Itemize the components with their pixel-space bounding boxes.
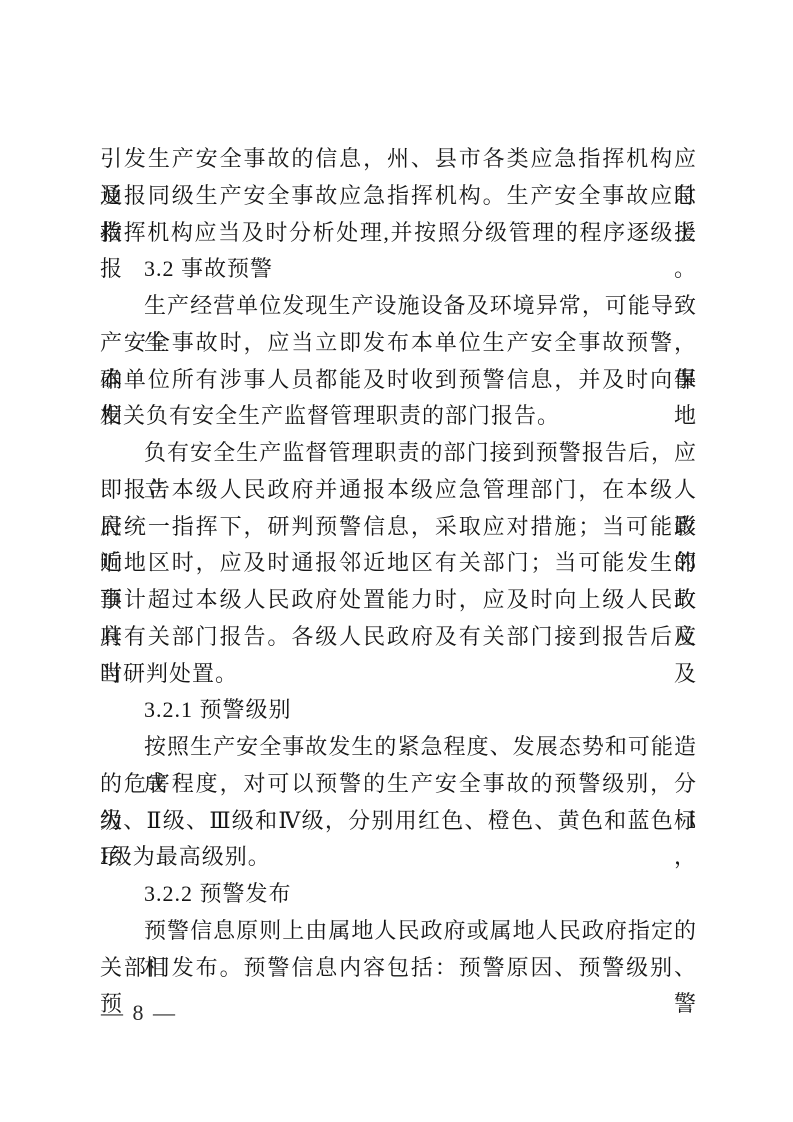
paragraph-line: 生产经营单位发现生产设施设备及环境异常，可能导致生 <box>100 288 697 325</box>
paragraph-line: 级、Ⅱ级、Ⅲ级和Ⅳ级，分别用红色、橙色、黄色和蓝色标示， <box>100 803 697 840</box>
section-heading: 3.2.2 预警发布 <box>100 876 697 913</box>
paragraph-line: 关部门发布。预警信息内容包括：预警原因、预警级别、预警 <box>100 950 697 987</box>
paragraph-line: 其有关部门报告。各级人民政府及有关部门接到报告后应当及 <box>100 619 697 656</box>
paragraph-line: 引发生产安全事故的信息，州、县市各类应急指挥机构应及时 <box>100 141 697 178</box>
paragraph-line: 按照生产安全事故发生的紧急程度、发展态势和可能造成 <box>100 729 697 766</box>
paragraph-line: 府统一指挥下，研判预警信息，采取应对措施；当可能影响邻 <box>100 509 697 546</box>
paragraph-line: 预警信息原则上由属地人民政府或属地人民政府指定的相 <box>100 913 697 950</box>
document-page: 引发生产安全事故的信息，州、县市各类应急指挥机构应及时通报同级生产安全事故应急指… <box>0 0 793 1122</box>
paragraph-line: 即报告本级人民政府并通报本级应急管理部门，在本级人民政 <box>100 472 697 509</box>
section-heading: 3.2.1 预警级别 <box>100 692 697 729</box>
document-body: 引发生产安全事故的信息，州、县市各类应急指挥机构应及时通报同级生产安全事故应急指… <box>100 141 697 986</box>
page-number: — 8 — <box>101 995 177 1031</box>
paragraph-line: 负有安全生产监督管理职责的部门接到预警报告后，应立 <box>100 435 697 472</box>
paragraph-line: 的危害程度，对可以预警的生产安全事故的预警级别，分为Ⅰ <box>100 766 697 803</box>
paragraph-line: 预计超过本级人民政府处置能力时，应及时向上级人民政府及 <box>100 582 697 619</box>
paragraph-line: 本单位所有涉事人员都能及时收到预警信息，并及时向事发地 <box>100 362 697 399</box>
paragraph-line: 近地区时，应及时通报邻近地区有关部门；当可能发生的事故 <box>100 545 697 582</box>
paragraph-line: 通报同级生产安全事故应急指挥机构。生产安全事故应急救援 <box>100 178 697 215</box>
paragraph-line: 产安全事故时，应当立即发布本单位生产安全事故预警，确保 <box>100 325 697 362</box>
paragraph-line: 指挥机构应当及时分析处理,并按照分级管理的程序逐级上报。 <box>100 215 697 252</box>
